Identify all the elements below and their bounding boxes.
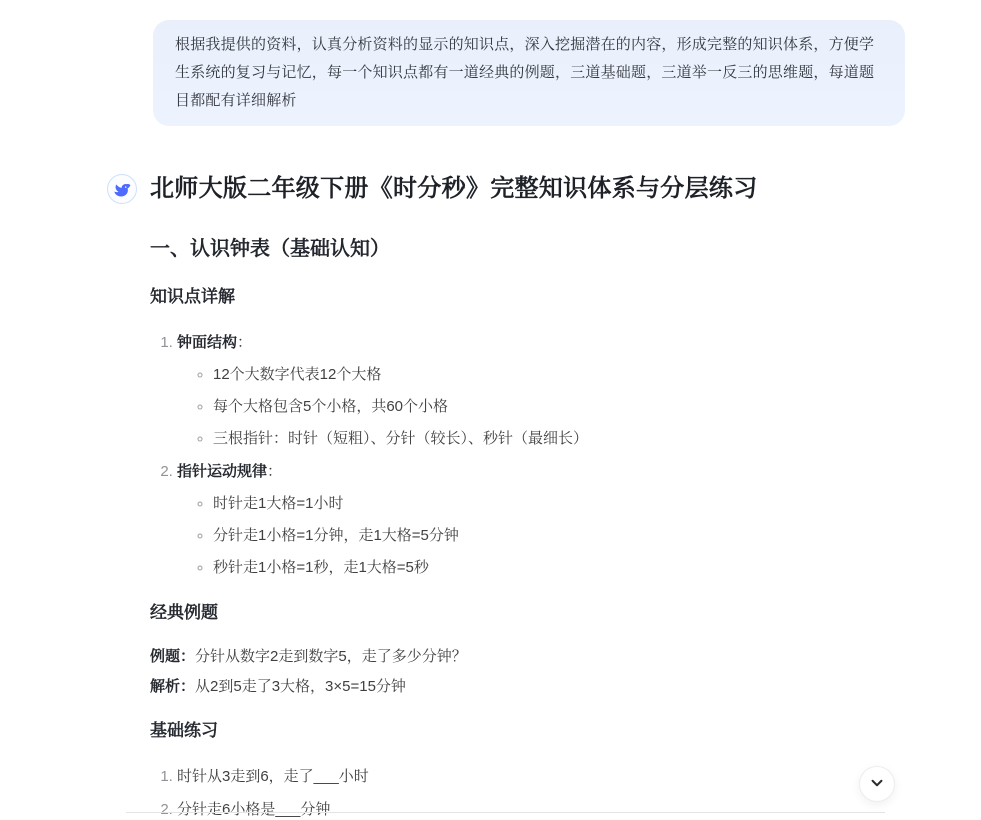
practice-heading: 基础练习 bbox=[150, 720, 870, 742]
list-item-colon: ： bbox=[237, 334, 252, 351]
example-answer: 解析：从2到5走了3大格，3×5=15分钟 bbox=[150, 672, 870, 702]
example-heading: 经典例题 bbox=[150, 602, 870, 624]
chevron-down-icon bbox=[869, 775, 885, 794]
bullet-item: 时针走1大格=1小时 bbox=[213, 488, 870, 520]
practice-list: 时针从3走到6，走了___小时 分针走6小格是___分钟 bbox=[150, 760, 870, 820]
example-question-label: 例题： bbox=[150, 648, 195, 665]
example-answer-text: 从2到5走了3大格，3×5=15分钟 bbox=[195, 678, 406, 695]
user-message-bubble: 根据我提供的资料，认真分析资料的显示的知识点，深入挖掘潜在的内容，形成完整的知识… bbox=[153, 20, 905, 126]
response-title: 北师大版二年级下册《时分秒》完整知识体系与分层练习 bbox=[150, 172, 870, 206]
user-message-text: 根据我提供的资料，认真分析资料的显示的知识点，深入挖掘潜在的内容，形成完整的知识… bbox=[175, 31, 883, 115]
bullet-item: 每个大格包含5个小格，共60个小格 bbox=[213, 391, 870, 423]
deepseek-whale-icon bbox=[112, 179, 132, 199]
user-message-row: 根据我提供的资料，认真分析资料的显示的知识点，深入挖掘潜在的内容，形成完整的知识… bbox=[0, 0, 981, 126]
bullet-list: 12个大数字代表12个大格 每个大格包含5个小格，共60个小格 三根指针：时针（… bbox=[177, 359, 870, 455]
assistant-response: 北师大版二年级下册《时分秒》完整知识体系与分层练习 一、认识钟表（基础认知） 知… bbox=[150, 172, 870, 820]
chat-page: 根据我提供的资料，认真分析资料的显示的知识点，深入挖掘潜在的内容，形成完整的知识… bbox=[0, 0, 981, 820]
assistant-avatar bbox=[107, 174, 137, 204]
knowledge-list: 钟面结构： 12个大数字代表12个大格 每个大格包含5个小格，共60个小格 三根… bbox=[150, 326, 870, 584]
bullet-item: 三根指针：时针（短粗）、分针（较长）、秒针（最细长） bbox=[213, 423, 870, 455]
bullet-list: 时针走1大格=1小时 分针走1小格=1分钟，走1大格=5分钟 秒针走1小格=1秒… bbox=[177, 488, 870, 584]
list-item-colon: ： bbox=[267, 463, 282, 480]
example-question-text: 分针从数字2走到数字5，走了多少分钟？ bbox=[195, 648, 467, 665]
example-answer-label: 解析： bbox=[150, 678, 195, 695]
list-item-label: 钟面结构 bbox=[177, 334, 237, 351]
bottom-divider bbox=[126, 812, 885, 813]
bullet-item: 12个大数字代表12个大格 bbox=[213, 359, 870, 391]
assistant-message-row: 北师大版二年级下册《时分秒》完整知识体系与分层练习 一、认识钟表（基础认知） 知… bbox=[107, 172, 981, 820]
section-heading: 一、认识钟表（基础认知） bbox=[150, 236, 870, 262]
example-question: 例题：分针从数字2走到数字5，走了多少分钟？ bbox=[150, 642, 870, 672]
bullet-item: 分针走1小格=1分钟，走1大格=5分钟 bbox=[213, 520, 870, 552]
bullet-item: 秒针走1小格=1秒，走1大格=5秒 bbox=[213, 552, 870, 584]
list-item: 钟面结构： 12个大数字代表12个大格 每个大格包含5个小格，共60个小格 三根… bbox=[177, 326, 870, 455]
practice-item: 分针走6小格是___分钟 bbox=[177, 793, 870, 820]
list-item-label: 指针运动规律 bbox=[177, 463, 267, 480]
list-item: 指针运动规律： 时针走1大格=1小时 分针走1小格=1分钟，走1大格=5分钟 秒… bbox=[177, 455, 870, 584]
knowledge-heading: 知识点详解 bbox=[150, 286, 870, 308]
practice-item: 时针从3走到6，走了___小时 bbox=[177, 760, 870, 793]
scroll-to-bottom-button[interactable] bbox=[859, 766, 895, 802]
